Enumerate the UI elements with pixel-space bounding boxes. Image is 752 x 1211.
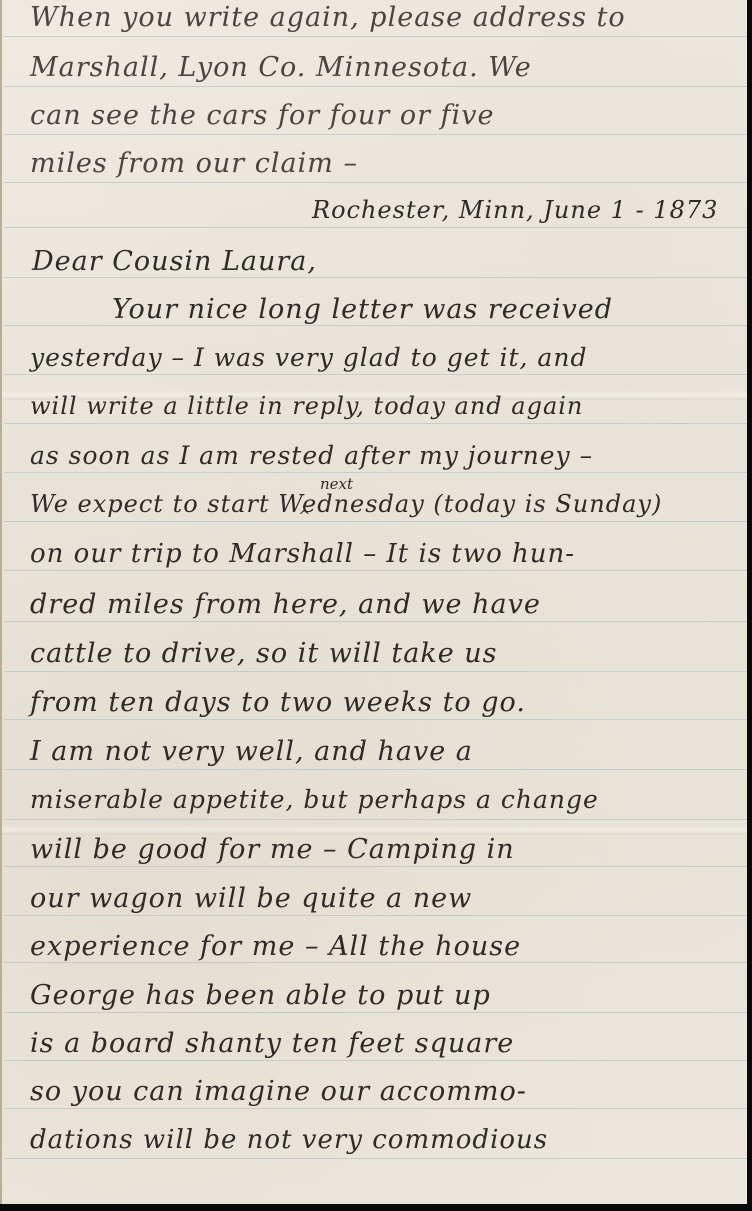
postscript-line: Marshall, Lyon Co. Minnesota. We [30, 52, 532, 83]
postscript-line: When you write again, please address to [30, 2, 626, 33]
dateline: Rochester, Minn, June 1 - 1873 [312, 196, 718, 224]
body-line: experience for me – All the house [30, 931, 521, 962]
body-line: yesterday – I was very glad to get it, a… [30, 343, 587, 372]
body-line: George has been able to put up [30, 980, 491, 1011]
ruled-line [4, 182, 747, 183]
ruled-line [4, 227, 747, 228]
body-line: is a board shanty ten feet square [30, 1028, 514, 1059]
body-line: as soon as I am rested after my journey … [30, 441, 593, 470]
ruled-line [4, 621, 747, 622]
letter-page: When you write again, please address to … [0, 0, 747, 1204]
ruled-line [4, 1060, 747, 1061]
body-line: from ten days to two weeks to go. [30, 687, 526, 718]
ruled-line [4, 472, 747, 473]
body-line: will write a little in reply, today and … [30, 392, 583, 420]
ruled-line [4, 521, 747, 522]
ruled-line [4, 1012, 747, 1013]
body-line: cattle to drive, so it will take us [30, 638, 498, 669]
ruled-line [4, 671, 747, 672]
ruled-line [4, 325, 747, 326]
ruled-line [4, 423, 747, 424]
ruled-line [4, 1158, 747, 1159]
body-line: Your nice long letter was received [112, 294, 613, 325]
ruled-line [4, 1108, 747, 1109]
body-line: our wagon will be quite a new [30, 883, 472, 914]
ruled-line [4, 374, 747, 375]
ruled-line [4, 866, 747, 867]
ruled-line [4, 719, 747, 720]
body-line: so you can imagine our accommo- [30, 1076, 527, 1107]
ruled-line [4, 277, 747, 278]
ruled-line [4, 962, 747, 963]
body-line: on our trip to Marshall – It is two hun- [30, 539, 575, 569]
ruled-line [4, 86, 747, 87]
body-line: will be good for me – Camping in [30, 834, 515, 865]
ruled-line [4, 36, 747, 37]
body-line: We expect to start Wednesday (today is S… [30, 490, 662, 518]
salutation: Dear Cousin Laura, [32, 246, 317, 277]
postscript-line: can see the cars for four or five [30, 100, 494, 131]
body-line: I am not very well, and have a [30, 736, 473, 767]
body-line: dred miles from here, and we have [30, 589, 541, 620]
postscript-line: miles from our claim – [30, 148, 358, 179]
ruled-line [4, 819, 747, 820]
ruled-line [4, 769, 747, 770]
body-line: dations will be not very commodious [30, 1125, 548, 1155]
ruled-line [4, 134, 747, 135]
body-line: miserable appetite, but perhaps a change [30, 785, 599, 814]
ruled-line [4, 570, 747, 571]
ruled-line [4, 915, 747, 916]
